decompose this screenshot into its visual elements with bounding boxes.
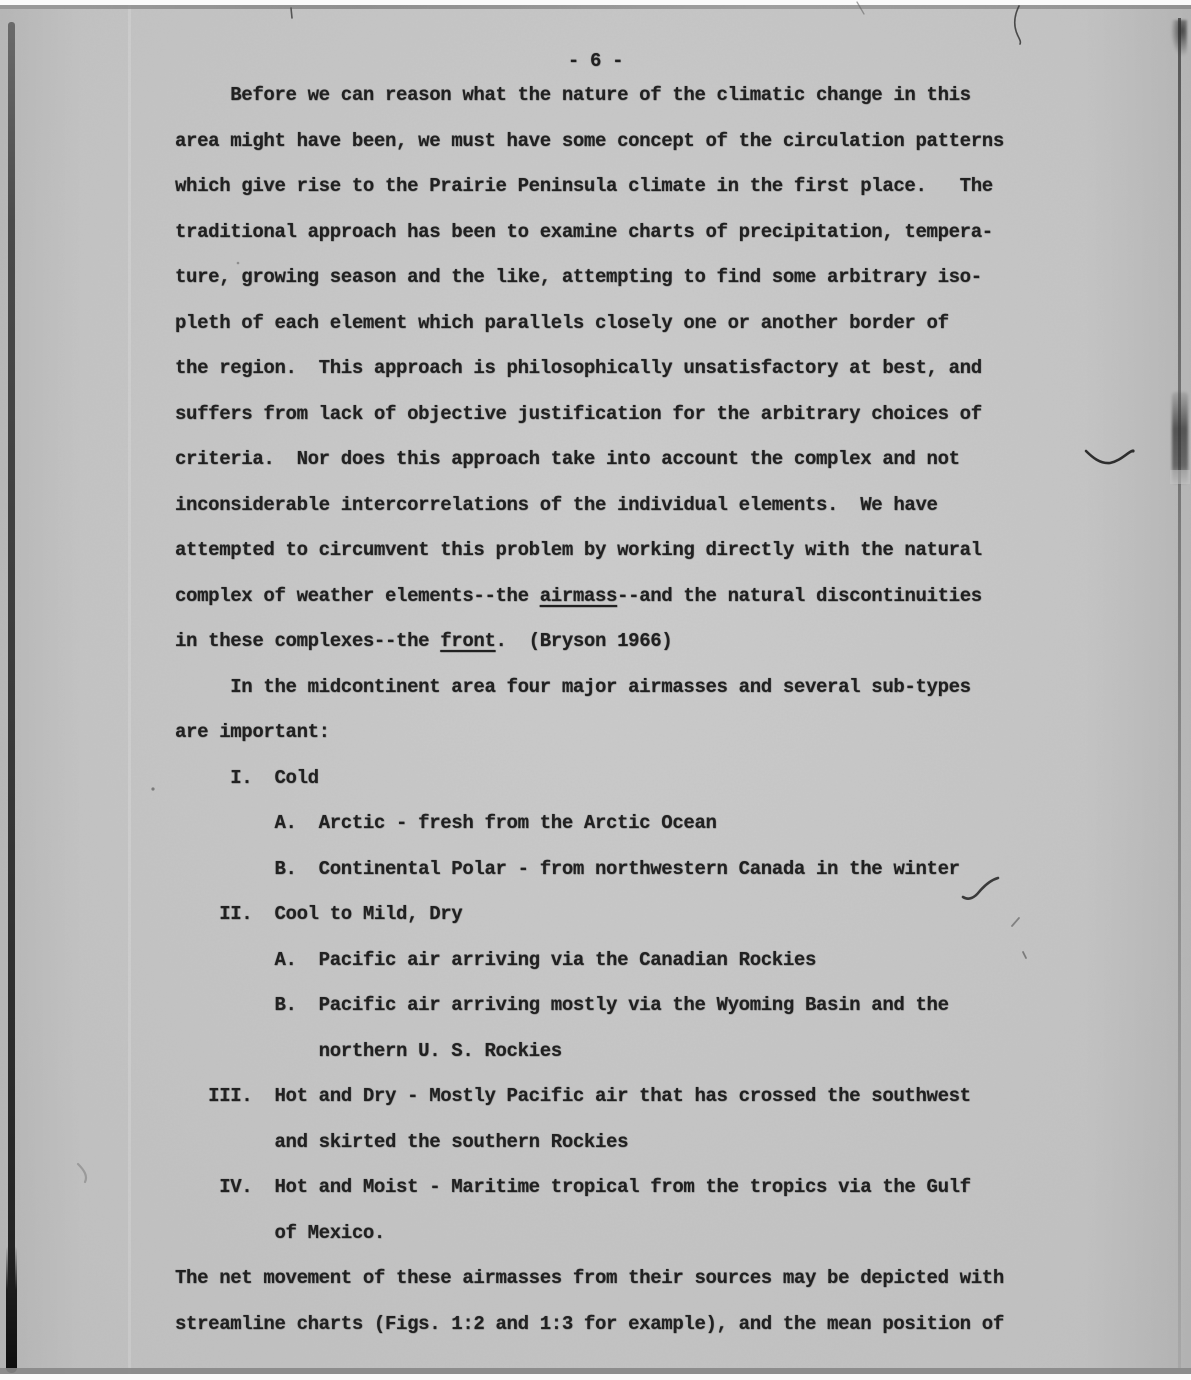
scan-edge-right-gap: [1170, 470, 1190, 484]
text-line: are important:: [175, 721, 1105, 767]
text-line: III. Hot and Dry - Mostly Pacific air th…: [175, 1085, 1105, 1131]
text-line: ture, growing season and the like, attem…: [175, 266, 1105, 312]
text-line: The net movement of these airmasses from…: [175, 1267, 1105, 1313]
scan-edge-left-bar: [8, 22, 15, 1369]
text-line: A. Arctic - fresh from the Arctic Ocean: [175, 812, 1105, 858]
document-body: Before we can reason what the nature of …: [175, 84, 1105, 1358]
text-line: streamline charts (Figs. 1:2 and 1:3 for…: [175, 1313, 1105, 1359]
text-line: Before we can reason what the nature of …: [175, 84, 1105, 130]
text-line: traditional approach has been to examine…: [175, 221, 1105, 267]
text-line: A. Pacific air arriving via the Canadian…: [175, 949, 1105, 995]
text-line: in these complexes--the front. (Bryson 1…: [175, 630, 1105, 676]
text-line: II. Cool to Mild, Dry: [175, 903, 1105, 949]
scan-edge-top-shadow: [0, 5, 1191, 9]
scan-edge-bottom-white: [0, 1374, 1191, 1380]
text-line: B. Pacific air arriving mostly via the W…: [175, 994, 1105, 1040]
text-line: the region. This approach is philosophic…: [175, 357, 1105, 403]
text-line: IV. Hot and Moist - Maritime tropical fr…: [175, 1176, 1105, 1222]
text-line: inconsiderable intercorrelations of the …: [175, 494, 1105, 540]
checkmark-swoosh-dot: [1131, 449, 1134, 452]
scan-edge-right-shadow: [1178, 18, 1181, 1368]
scan-edge-left-bar-tip: [6, 1245, 17, 1373]
text-line: which give rise to the Prairie Peninsula…: [175, 175, 1105, 221]
text-line: pleth of each element which parallels cl…: [175, 312, 1105, 358]
text-line: attempted to circumvent this problem by …: [175, 539, 1105, 585]
text-line: of Mexico.: [175, 1222, 1105, 1268]
text-line: B. Continental Polar - from northwestern…: [175, 858, 1105, 904]
text-line: I. Cold: [175, 767, 1105, 813]
text-line: area might have been, we must have some …: [175, 130, 1105, 176]
scanned-document-page: - 6 - Before we can reason what the natu…: [0, 0, 1191, 1380]
pen-curve-top-right-mark: [1015, 6, 1021, 44]
top-tick-mark: [291, 8, 292, 18]
text-line: criteria. Nor does this approach take in…: [175, 448, 1105, 494]
text-line: suffers from lack of objective justifica…: [175, 403, 1105, 449]
text-line: complex of weather elements--the airmass…: [175, 585, 1105, 631]
text-line: In the midcontinent area four major airm…: [175, 676, 1105, 722]
scan-light-streak: [128, 0, 131, 1380]
speck-dot-mark: [151, 787, 154, 790]
page-number: - 6 -: [0, 50, 1191, 72]
text-line: northern U. S. Rockies: [175, 1040, 1105, 1086]
text-line: and skirted the southern Rockies: [175, 1131, 1105, 1177]
left-margin-squiggle-mark: [78, 1164, 86, 1182]
